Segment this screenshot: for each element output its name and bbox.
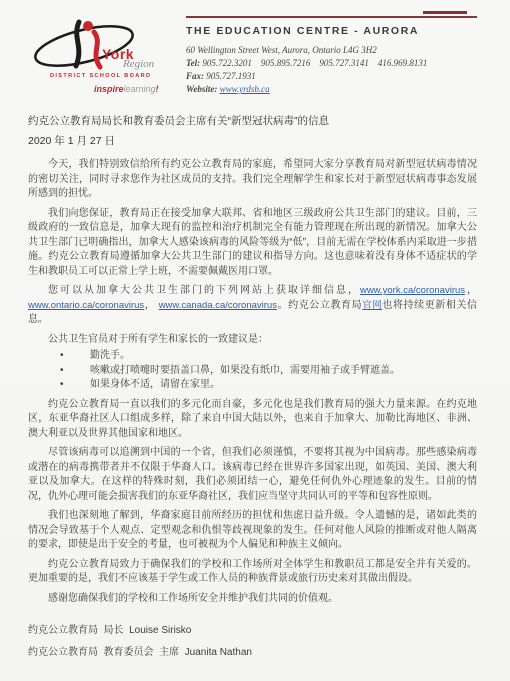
paragraph-caution: 尽管该病毒可以追溯到中国的一个省，但我们必须谨慎，不要将其视为中国病毒。那些感染… [28, 446, 477, 504]
logo-region-text: Region [123, 58, 154, 70]
fax-line: Fax: 905.727.1931 [186, 70, 477, 83]
website-line: Website: www.yrdsb.ca [186, 83, 477, 96]
paragraph-resources: 您可以从加拿大公共卫生部门的下列网站上获取详细信息，www.york.ca/co… [28, 284, 477, 328]
fax-label: Fax: [186, 71, 204, 81]
resources-text-1: 您可以从加拿大公共卫生部门的下列网站上获取详细信息， [48, 285, 360, 296]
advice-item-text: 咳嗽或打喷嚏时要捂盖口鼻，如果没有纸巾，需要用袖子或手臂遮盖。 [90, 364, 400, 379]
fax-number: 905.727.1931 [204, 71, 256, 81]
letter-title: 约克公立教育局局长和教育委员会主席有关“新型冠状病毒”的信息 [28, 114, 477, 129]
tel-label: Tel: [186, 58, 200, 68]
logo-tagline: inspirelearning! [94, 84, 159, 94]
paragraph-assurance: 我们向您保证，教育局正在接受加拿大联邦、省和地区三级政府公共卫生部门的建议。目前… [28, 207, 477, 280]
advice-item-text: 勤洗手。 [90, 349, 130, 364]
website-link[interactable]: www.yrdsb.ca [220, 84, 270, 94]
bullet-icon: • [60, 364, 90, 379]
header-divider [186, 16, 477, 18]
centre-name: THE EDUCATION CENTRE - AURORA [186, 25, 477, 37]
advice-intro: 公共卫生官员对于所有学生和家长的一致建议是： [28, 333, 477, 348]
canada-coronavirus-link[interactable]: www.canada.ca/coronavirus [159, 300, 277, 311]
signature-chair: 约克公立教育局 教育委员会 主席 Juanita Nathan [28, 642, 477, 664]
address-line: 60 Wellington Street West, Aurora, Ontar… [186, 44, 477, 57]
resources-text-4: 。约克公立教育局 [277, 300, 362, 311]
signature-director: 约克公立教育局 局长 Louise Sirisko [28, 620, 477, 642]
website-label: Website: [186, 84, 217, 94]
bullet-icon: • [60, 349, 90, 364]
paragraph-commitment: 约克公立教育局致力于确保我们的学校和工作场所对全体学生和教职员工都是安全并有关爱… [28, 558, 477, 587]
signature-block: 约克公立教育局 局长 Louise Sirisko 约克公立教育局 教育委员会 … [28, 620, 477, 664]
advice-item: •咳嗽或打喷嚏时要捂盖口鼻，如果没有纸巾，需要用袖子或手臂遮盖。 [28, 364, 477, 379]
resources-text-2: ， [465, 285, 477, 296]
bullet-icon: • [60, 378, 90, 393]
york-coronavirus-link[interactable]: www.york.ca/coronavirus [360, 285, 465, 296]
tel-line: Tel: 905.722.3201 905.895.7216 905.727.3… [186, 57, 477, 70]
yrdsb-logo: York Region DISTRICT SCHOOL BOARD inspir… [28, 10, 180, 98]
logo-board-text: DISTRICT SCHOOL BOARD [50, 73, 151, 79]
paragraph-diversity: 约克公立教育局一直以我们的多元化而自豪，多元化也是我们教育局的强大力量来源。在约… [28, 398, 477, 442]
tel-numbers: 905.722.3201 905.895.7216 905.727.3141 4… [200, 58, 427, 68]
paragraph-empathy: 我们也深刻地了解到，华裔家庭目前所经历的担忧和焦虑日益升级。令人遗憾的是，诸如此… [28, 509, 477, 553]
advice-item: •如果身体不适，请留在家里。 [28, 378, 477, 393]
ontario-coronavirus-link[interactable]: www.ontario.ca/coronavirus [28, 300, 144, 311]
board-website-link[interactable]: 官网 [362, 300, 382, 311]
letterhead-contact-block: THE EDUCATION CENTRE - AURORA 60 Welling… [180, 10, 477, 96]
resources-text-3: ， [144, 300, 159, 311]
header-divider-accent [423, 11, 467, 14]
advice-list: •勤洗手。 •咳嗽或打喷嚏时要捂盖口鼻，如果没有纸巾，需要用袖子或手臂遮盖。 •… [28, 349, 477, 393]
advice-item-text: 如果身体不适，请留在家里。 [90, 378, 220, 393]
advice-item: •勤洗手。 [28, 349, 477, 364]
paragraph-intro: 今天，我们特别致信给所有约克公立教育局的家庭，希望同大家分享教育局对新型冠状病毒… [28, 158, 477, 202]
paragraph-thanks: 感谢您确保我们的学校和工作场所安全并维护我们共同的价值观。 [28, 592, 477, 607]
letterhead: York Region DISTRICT SCHOOL BOARD inspir… [28, 10, 477, 98]
letter-date: 2020 年 1 月 27 日 [28, 133, 477, 148]
letter-page: York Region DISTRICT SCHOOL BOARD inspir… [0, 0, 510, 681]
